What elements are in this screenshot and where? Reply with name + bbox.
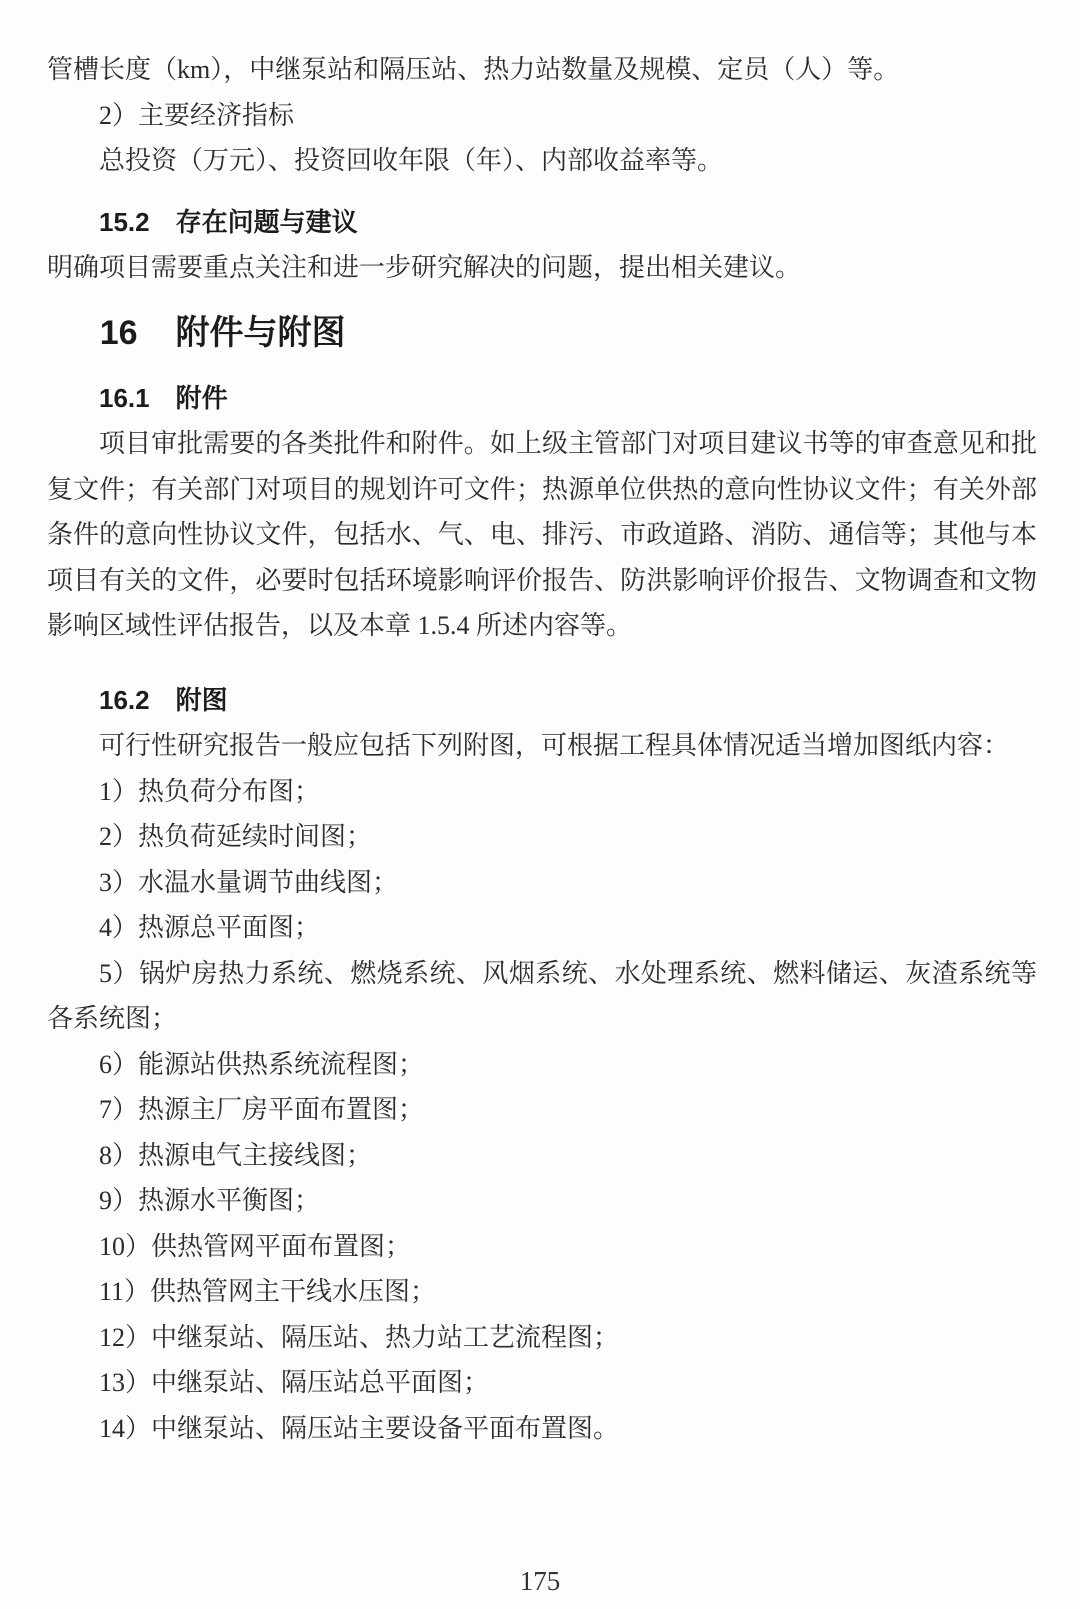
section-16-2-number: 16.2 <box>99 685 150 715</box>
figure-list: 1）热负荷分布图； 2）热负荷延续时间图； 3）水温水量调节曲线图； 4）热源总… <box>47 769 1037 1452</box>
section-15-2-title: 存在问题与建议 <box>176 207 358 237</box>
figure-list-item: 13）中继泵站、隔压站总平面图； <box>47 1360 1037 1406</box>
figure-list-item: 7）热源主厂房平面布置图； <box>47 1087 1037 1133</box>
figure-list-item: 10）供热管网平面布置图； <box>47 1224 1037 1270</box>
section-16-1-title: 附件 <box>176 383 228 413</box>
figure-list-item: 4）热源总平面图； <box>47 905 1037 951</box>
carryover-paragraph-line: 管槽长度（km），中继泵站和隔压站、热力站数量及规模、定员（人）等。 <box>47 47 1037 93</box>
section-15-2-body: 明确项目需要重点关注和进一步研究解决的问题，提出相关建议。 <box>47 245 1037 291</box>
figure-list-item: 3）水温水量调节曲线图； <box>47 860 1037 906</box>
figure-list-item: 9）热源水平衡图； <box>47 1178 1037 1224</box>
page-number: 175 <box>0 1566 1080 1596</box>
chapter-16-heading: 16附件与附图 <box>47 308 1037 358</box>
section-15-2-heading: 15.2存在问题与建议 <box>47 200 1037 246</box>
figure-list-item: 11）供热管网主干线水压图； <box>47 1269 1037 1315</box>
figure-list-item: 5）锅炉房热力系统、燃烧系统、风烟系统、水处理系统、燃料储运、灰渣系统等各系统图… <box>47 951 1037 1042</box>
figure-list-item: 2）热负荷延续时间图； <box>47 814 1037 860</box>
figure-list-item: 12）中继泵站、隔压站、热力站工艺流程图； <box>47 1315 1037 1361</box>
chapter-16-title: 附件与附图 <box>176 314 346 352</box>
section-16-1-body: 项目审批需要的各类批件和附件。如上级主管部门对项目建议书等的审查意见和批复文件；… <box>47 421 1037 649</box>
economic-indicator-detail: 总投资（万元）、投资回收年限（年）、内部收益率等。 <box>47 138 1037 184</box>
section-16-1-heading: 16.1附件 <box>47 376 1037 422</box>
section-15-2-number: 15.2 <box>99 207 150 237</box>
chapter-16-number: 16 <box>100 314 138 352</box>
figure-list-item: 6）能源站供热系统流程图； <box>47 1042 1037 1088</box>
economic-indicator-label: 2）主要经济指标 <box>47 93 1037 139</box>
figure-list-item: 1）热负荷分布图； <box>47 769 1037 815</box>
section-16-1-number: 16.1 <box>99 383 150 413</box>
section-16-2-title: 附图 <box>176 685 228 715</box>
section-16-2-intro: 可行性研究报告一般应包括下列附图，可根据工程具体情况适当增加图纸内容： <box>47 723 1037 769</box>
figure-list-item: 8）热源电气主接线图； <box>47 1133 1037 1179</box>
document-page: 管槽长度（km），中继泵站和隔压站、热力站数量及规模、定员（人）等。 2）主要经… <box>0 0 1080 1609</box>
figure-list-item: 14）中继泵站、隔压站主要设备平面布置图。 <box>47 1406 1037 1452</box>
section-16-2-heading: 16.2附图 <box>47 678 1037 724</box>
